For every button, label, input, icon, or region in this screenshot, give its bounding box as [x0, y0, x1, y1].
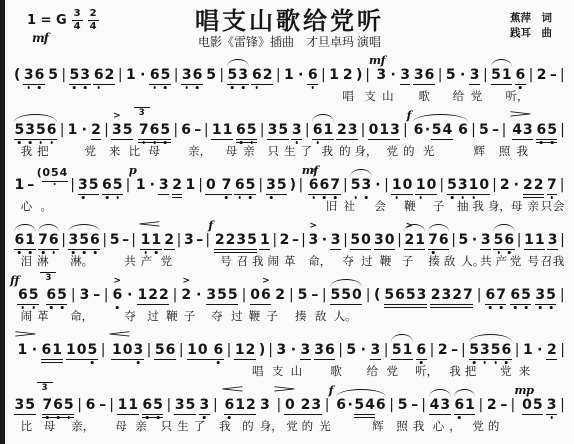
note: 6 [438, 232, 449, 248]
note: 1 [379, 122, 390, 138]
note: 5 [154, 342, 165, 358]
lyric-syllable: 母 [44, 418, 56, 434]
note: 2 [430, 287, 441, 303]
note: 5 [153, 397, 164, 413]
barline: | [365, 67, 370, 83]
barline: | [560, 177, 565, 193]
note: 6 [149, 122, 160, 138]
note: 1 [25, 232, 36, 248]
note: 5 [350, 177, 361, 193]
note: 2 [164, 232, 175, 248]
hairpin-mark: < [219, 384, 246, 395]
system-4: 6176|356|5–|<112|3–|f22351|2–|3·3|5030|2… [5, 217, 574, 272]
barline: | [384, 342, 389, 358]
lyricist-credit: 蕉萍 词 [510, 11, 552, 26]
lyric-syllable: 我 [219, 418, 231, 434]
lyric-syllable: 共 [480, 253, 492, 269]
note: 2 [300, 397, 311, 413]
note: 6 [93, 67, 104, 83]
lyric-syllable: 人。 [334, 308, 357, 324]
lyric-syllable: 只 [541, 198, 553, 214]
barline: | [517, 232, 522, 248]
duration-dot: · [81, 122, 88, 138]
beam-group: 61 [454, 397, 476, 415]
lyric-syllable: 来 [519, 363, 531, 379]
dynamic-marking: p [129, 163, 137, 177]
beam-group: 35 [174, 397, 196, 415]
note: 3 [440, 397, 451, 413]
note: 5 [160, 122, 171, 138]
note: 5 [227, 67, 238, 83]
note: 6 [336, 397, 347, 413]
lyrics-line: 闹革命，夺过鞭子夺过鞭子揍敌人。 [14, 308, 565, 323]
note: 6 [236, 122, 247, 138]
note: 2 [181, 287, 192, 303]
lyric-syllable: 党 [161, 253, 173, 269]
barline: | [61, 232, 66, 248]
note: 6 [504, 232, 515, 248]
lyric-syllable: 我 [321, 143, 333, 159]
note: 6 [85, 397, 96, 413]
note: 3 [546, 397, 557, 413]
note: 0 [76, 342, 87, 358]
note: 3 [174, 397, 185, 413]
note: 2 [225, 232, 236, 248]
beam-group: 65 [510, 287, 532, 305]
lyrics-line: 我把党来比母亲，母亲只生了我的身，党的光辉照我 [14, 143, 565, 158]
note: 0 [284, 397, 295, 413]
lyric-syllable: 只 [161, 418, 173, 434]
composer-role: 曲 [542, 27, 553, 39]
beam-group: 35 [266, 177, 288, 195]
lyrics-line: 唱支山歌给党听， [14, 88, 565, 103]
slur-group: 5356 [14, 122, 57, 140]
note: 5 [28, 287, 39, 303]
lyric-syllable: 支 [272, 363, 284, 379]
note: 2 [172, 177, 183, 193]
duration-dot: · [195, 287, 202, 303]
note: 5 [341, 287, 352, 303]
note: 1 [14, 177, 25, 193]
beam-group: 65 [17, 287, 39, 305]
system-2: 5356|1·2|353765|6–|1165|353|6123|013|f6·… [5, 107, 574, 162]
note: 2 [437, 342, 448, 358]
slur-group: 61 [14, 232, 36, 250]
beam-group: 30 [374, 232, 396, 250]
lyric-syllable: 淋。 [70, 253, 93, 269]
beam-group: 550 [330, 287, 362, 305]
beam-group-double: 61 [41, 342, 63, 360]
barline: | [102, 232, 107, 248]
note: 0 [250, 287, 261, 303]
lyric-syllable: 鞭 [404, 198, 416, 214]
note: 3 [68, 232, 79, 248]
note: 6 [17, 287, 28, 303]
lyric-syllable: 揍 [295, 308, 307, 324]
lyric-syllable: 光 [319, 418, 331, 434]
slur-group: 5356 [469, 342, 512, 360]
beam-group: 7 [547, 177, 558, 195]
barline: | [321, 67, 326, 83]
beam-group: 11 [140, 232, 162, 250]
note: 6 [181, 122, 192, 138]
slur-group: 53 [227, 67, 249, 85]
note: 3 [300, 342, 311, 358]
lyric-syllable: 我 [21, 143, 33, 159]
note: 0 [402, 177, 413, 193]
note: 4 [429, 397, 440, 413]
beam-group: 56 [493, 232, 515, 250]
beam-group: 65 [234, 177, 256, 195]
barline: | [511, 397, 516, 413]
note: 4 [512, 122, 523, 138]
beam-group: 122 [137, 287, 169, 305]
parenthesis: ( [374, 287, 380, 303]
note: 3 [181, 67, 192, 83]
beam-group: 355 [206, 287, 238, 305]
barline: | [61, 67, 66, 83]
lyric-syllable: 淋 [37, 253, 49, 269]
lyric-syllable: 唱 [342, 88, 354, 104]
triplet-mark: 3 [134, 107, 150, 118]
note: 1 [524, 232, 535, 248]
lyric-syllable: 过 [147, 308, 159, 324]
beam-group: 6 [416, 342, 427, 360]
beam-group: 2 [164, 232, 175, 250]
note: 1 [128, 397, 139, 413]
barline: | [179, 342, 184, 358]
slur-group: 21 [404, 232, 426, 250]
lyric-syllable: 召 [541, 253, 553, 269]
duration-dot: · [321, 232, 328, 248]
beam-group: 21 [404, 232, 426, 250]
duration-dot: · [31, 342, 38, 358]
lyric-syllable: 照 [499, 143, 511, 159]
lyric-syllable: 的 [339, 143, 351, 159]
lyric-syllable: 的 [488, 418, 500, 434]
note: 2 [536, 67, 547, 83]
barline: | [60, 122, 65, 138]
note: 5 [491, 67, 502, 83]
note: 3 [535, 287, 546, 303]
beam-group: 35 [535, 287, 557, 305]
note: 3 [413, 67, 424, 83]
barline: | [242, 287, 247, 303]
note: 5 [245, 177, 256, 193]
barline: | [272, 232, 277, 248]
note: 2 [158, 287, 169, 303]
note: 5 [391, 342, 402, 358]
lyric-syllable: 把 [37, 143, 49, 159]
beam-group: 65 [102, 177, 124, 195]
lyric-syllable: 。 [40, 198, 52, 214]
duration-dot: · [459, 67, 466, 83]
note: 1 [235, 397, 246, 413]
beam-group: 612 [224, 397, 256, 415]
barline: | [276, 67, 281, 83]
beam-group: 62 [93, 67, 115, 85]
note: 1 [211, 122, 222, 138]
note: 6 [251, 67, 262, 83]
lyric-syllable: 的 [242, 418, 254, 434]
lyrics-line: 泪淋淋。共产党号召我闹革命，夺过鞭子揍敌人。共产党号召我 [14, 253, 565, 268]
triplet-mark: 3 [40, 272, 56, 283]
note: 5 [50, 167, 59, 180]
lyrics-line: 比母亲，母亲只生了我的身，党的光辉照我心，党的 [14, 418, 565, 433]
beam-group: 3 [300, 342, 311, 360]
beam-group: 11 [524, 232, 546, 250]
lyric-syllable: 敌 [315, 308, 327, 324]
note: 1 [187, 342, 198, 358]
dynamic-marking: ff [10, 273, 19, 287]
lyric-syllable: 身， [355, 143, 378, 159]
note: 6 [458, 122, 469, 138]
note: 2 [523, 177, 534, 193]
lyric-syllable: 亲 [243, 143, 255, 159]
note: 1 [137, 287, 148, 303]
lyric-syllable: 的 [403, 143, 415, 159]
lyric-syllable: 我 [449, 363, 461, 379]
notation-line: 6176|356|5–|<112|3–|f22351|2–|3·3|5030|2… [14, 232, 565, 250]
note: 3 [276, 342, 287, 358]
lyric-syllable: 闹 [267, 253, 279, 269]
barline: | [305, 122, 310, 138]
lyric-syllable: 的 [302, 418, 314, 434]
lyric-syllable: 我 [252, 253, 264, 269]
note: 5 [57, 287, 68, 303]
lyrics-line: 心。旧社会鞭子抽我身，母亲只会 [14, 198, 565, 213]
lyric-syllable: 产 [496, 253, 508, 269]
sustain-dash: – [122, 232, 129, 248]
note: 2 [262, 67, 273, 83]
note: 3 [291, 122, 302, 138]
barline: | [227, 342, 232, 358]
lyric-syllable: 心 [433, 418, 445, 434]
note: 0 [368, 122, 379, 138]
note: 1 [468, 177, 479, 193]
note: 6 [149, 67, 160, 83]
note: 1 [534, 232, 545, 248]
beam-group-double: 54 [354, 397, 376, 415]
beam-group: 36 [413, 67, 435, 85]
note: 3 [347, 122, 358, 138]
note: 6 [112, 287, 123, 303]
note: 2 [546, 342, 557, 358]
duration-dot: · [149, 177, 156, 193]
beam-group: 23 [336, 122, 358, 140]
lyric-syllable: ， [449, 418, 461, 434]
note: 5 [447, 177, 458, 193]
beam-group: 0 7 [205, 177, 231, 195]
lyric-syllable: 生 [284, 143, 296, 159]
parenthesis: ) [290, 177, 296, 193]
lyric-syllable: 亲 [528, 198, 540, 214]
lyric-syllable: 过 [361, 253, 373, 269]
barline: | [147, 342, 152, 358]
note: 1 [185, 177, 196, 193]
note: 5 [490, 342, 501, 358]
note: 6 [41, 342, 52, 358]
lyric-syllable: 旧 [326, 198, 338, 214]
note: 6 [213, 342, 224, 358]
score-header: 1 = G 34 24 mf 唱支山歌给党听 电影《雷锋》插曲 才旦卓玛 演唱 … [5, 0, 574, 52]
note: 3 [400, 67, 411, 83]
note: 6 [319, 177, 330, 193]
notation-line: >1·61105|<103|56|10 6|12)|3·336|5·3|516|… [14, 342, 565, 360]
barline: | [483, 67, 488, 83]
lyric-syllable: 鞭 [166, 308, 178, 324]
barline: | [258, 177, 263, 193]
beam-group: 54 [431, 122, 453, 140]
beam-group: 3 [291, 122, 302, 140]
lyric-syllable: 歌 [418, 88, 430, 104]
note: 6 [234, 177, 245, 193]
lyric-syllable: 听， [415, 363, 438, 379]
note: 5 [227, 287, 238, 303]
note: 3 [206, 287, 217, 303]
lyric-syllable: 党 [85, 143, 97, 159]
beam-group: 51 [391, 342, 413, 360]
note: 3 [80, 67, 91, 83]
note: 0 [352, 287, 363, 303]
lyric-syllable: 比 [21, 418, 33, 434]
note: 2 [336, 122, 347, 138]
lyric-syllable: 给 [453, 88, 465, 104]
note: 4 [59, 167, 68, 180]
beam-group: 36 [23, 67, 45, 85]
sustain-dash: – [492, 122, 499, 138]
system-3: 1–(054|3565|p1·321|0 765|35)|mf667|53·|1… [5, 162, 574, 217]
slur-group: 356 [68, 232, 100, 250]
slur-group: 550 [330, 287, 362, 305]
barline: | [322, 287, 327, 303]
note: 1 [259, 232, 270, 248]
duration-dot: · [513, 177, 520, 193]
note: 5 [493, 232, 504, 248]
note: 5 [478, 122, 489, 138]
note: 2 [148, 287, 159, 303]
beam-group: 5356 [469, 342, 512, 360]
note: 5 [547, 122, 558, 138]
note: 1 [329, 67, 340, 83]
sustain-dash: – [93, 287, 100, 303]
barline: | [325, 397, 330, 413]
sustain-dash: – [196, 232, 203, 248]
barline: | [277, 397, 282, 413]
hairpin-mark: > [12, 329, 39, 340]
dynamic-marking: f [329, 383, 333, 397]
beam-group: 3 [400, 67, 411, 85]
lyric-syllable: 召 [237, 253, 249, 269]
note: 0 [479, 177, 490, 193]
barline: | [268, 342, 273, 358]
barline: | [397, 232, 402, 248]
page-title: 唱支山歌给党听 [5, 1, 574, 36]
sustain-dash: – [27, 177, 34, 193]
lyric-syllable: 母 [226, 143, 238, 159]
lyric-syllable: 唱 [252, 363, 264, 379]
lyric-syllable: 命， [308, 253, 331, 269]
lyric-syllable: 子 [402, 253, 414, 269]
note: 5 [431, 122, 442, 138]
lyric-syllable: 党 [286, 418, 298, 434]
lyric-syllable: 子 [266, 308, 278, 324]
barline: | [173, 287, 178, 303]
note: 5 [36, 122, 47, 138]
note: 5 [330, 287, 341, 303]
note: 3 [238, 67, 249, 83]
beam-group: 3 [158, 177, 169, 195]
lyric-syllable: 山 [291, 363, 303, 379]
beam-group: 65 [46, 287, 68, 305]
beam-group: 5356 [14, 122, 57, 140]
note: 6 [536, 122, 547, 138]
note: 6 [142, 397, 153, 413]
parenthesis: ) [356, 67, 362, 83]
note: 3 [311, 397, 322, 413]
note: 3 [374, 232, 385, 248]
note: 1 [323, 122, 334, 138]
note: 7 [42, 397, 53, 413]
sustain-dash: – [194, 122, 201, 138]
barline: | [492, 177, 497, 193]
note: 3 [23, 67, 34, 83]
note: 1 [415, 232, 426, 248]
beam-group: 12 [234, 342, 256, 360]
beam-group: 10 [415, 177, 437, 195]
beam-group: 76 [428, 232, 450, 250]
lyric-syllable: 社 [343, 198, 355, 214]
beam-group: 62 [251, 67, 273, 85]
note: 0 [197, 342, 208, 358]
parenthesis: ) [259, 342, 265, 358]
slur-group: 43 [429, 397, 451, 415]
note: 3 [236, 232, 247, 248]
note: 3 [480, 232, 491, 248]
slur-group: 61 [312, 122, 334, 140]
beam-group-double: 765 [138, 122, 170, 140]
hairpin-mark: > [507, 109, 534, 120]
note: 5 [217, 287, 228, 303]
beam-group: 35 [14, 397, 36, 415]
system-5: ff65365|3–|6·122|2·355|062|5–|550|(56532… [5, 272, 574, 327]
beam-group: 53 [227, 67, 249, 85]
sustain-dash: – [411, 397, 418, 413]
beam-group: 356 [68, 232, 100, 250]
beam-group: 67 [485, 287, 507, 305]
note: 2 [275, 287, 286, 303]
note: 6 [307, 67, 318, 83]
note: 1 [17, 342, 28, 358]
note: 7 [428, 232, 439, 248]
duration-dot: · [471, 232, 478, 248]
beam-group: 667 [308, 177, 340, 195]
note: 6 [308, 177, 319, 193]
lyric-syllable: 子 [433, 198, 445, 214]
note: 7 [463, 287, 474, 303]
note: 2 [245, 342, 256, 358]
lyric-syllable: 揍 [428, 253, 440, 269]
lyric-syllable: 过 [231, 308, 243, 324]
slur-group: 6·546 [336, 397, 386, 415]
note: 3 [133, 342, 144, 358]
barline: | [421, 397, 426, 413]
note: 5 [445, 67, 456, 83]
beam-group: 61 [14, 232, 36, 250]
note: 7 [496, 287, 507, 303]
beam-group: 3 [370, 342, 381, 360]
note: 7 [38, 232, 49, 248]
